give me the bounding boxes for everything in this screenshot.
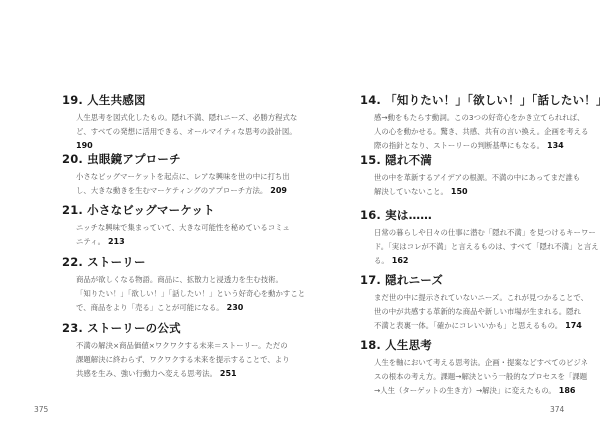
entry-title: 17. 隠れニーズ xyxy=(360,273,588,287)
entry-title: 21. 小さなビッグマーケット xyxy=(62,203,290,217)
entry-line: 小さなビッグマーケットを起点に、レアな興味を世の中に打ち出 xyxy=(76,170,290,184)
page-number: 374 xyxy=(550,405,564,414)
entry-line: 人の心を動かせる。驚き、共感、共有の言い換え。企画を考える xyxy=(374,125,600,139)
page-reference: 190 xyxy=(76,141,93,150)
page-reference: 134 xyxy=(547,141,564,150)
entry-line-with-ref: る。162 xyxy=(374,254,599,268)
glossary-entry-20: 20. 虫眼鏡アプローチ 小さなビッグマーケットを起点に、レアな興味を世の中に打… xyxy=(62,152,290,198)
entry-line: る。 xyxy=(374,256,389,265)
page-reference: 186 xyxy=(559,386,576,395)
entry-body: 小さなビッグマーケットを起点に、レアな興味を世の中に打ち出 し、大きな動きを生む… xyxy=(76,170,290,198)
page-reference: 213 xyxy=(108,237,125,246)
entry-line: 感→動をもたらす動詞。この3つの好奇心をかき立てられれば、 xyxy=(374,111,600,125)
page-reference: 230 xyxy=(227,303,244,312)
entry-line: 世の中が共感する革新的な商品や新しい市場が生まれる。隠れ xyxy=(374,305,588,319)
entry-ref-line: 190 xyxy=(76,139,297,153)
entry-line: →人生（ターゲットの生き方）→解決」に変えたもの。 xyxy=(374,386,556,395)
entry-line: 際の指針となり、ストーリーの判断基準にもなる。 xyxy=(374,141,544,150)
entry-line: 不満の解決×商品価値×ワクワクする未来＝ストーリー。ただの xyxy=(76,339,290,353)
glossary-entry-15: 15. 隠れ不満 世の中を革新するアイデアの根源。不満の中にあってまだ誰も 解決… xyxy=(360,153,580,199)
entry-body: まだ世の中に提示されていないニーズ。これが見つかることで、 世の中が共感する革新… xyxy=(374,291,588,333)
glossary-entry-22: 22. ストーリー 商品が欲しくなる物語。商品に、拡散力と浸透力を生む技術。 「… xyxy=(62,255,305,315)
entry-line: 商品が欲しくなる物語。商品に、拡散力と浸透力を生む技術。 xyxy=(76,273,305,287)
entry-line: 世の中を革新するアイデアの根源。不満の中にあってまだ誰も xyxy=(374,171,580,185)
page-reference: 251 xyxy=(220,369,237,378)
entry-line: ど、すべての発想に活用できる、オールマイティな思考の設計図。 xyxy=(76,125,297,139)
left-page: 19. 人生共感図 人生思考を図式化したもの。隠れ不満、隠れニーズ、必勝方程式な… xyxy=(0,0,300,435)
entry-line-with-ref: ニティ。213 xyxy=(76,235,290,249)
entry-line: スの根本の考え方。課題→解決という一般的なプロセスを「課題 xyxy=(374,370,588,384)
entry-body: ニッチな興味で集まっていて、大きな可能性を秘めているコミュ ニティ。213 xyxy=(76,221,290,249)
page-reference: 150 xyxy=(451,187,468,196)
entry-line-with-ref: し、大きな動きを生むマーケティングのアプローチ方法。209 xyxy=(76,184,290,198)
entry-title: 19. 人生共感図 xyxy=(62,93,297,107)
entry-line: 課題解決に終わらず、ワクワクする未来を提示することで、より xyxy=(76,353,290,367)
entry-line: 共感を生み、強い行動力へ変える思考法。 xyxy=(76,369,217,378)
glossary-entry-23: 23. ストーリーの公式 不満の解決×商品価値×ワクワクする未来＝ストーリー。た… xyxy=(62,321,290,381)
entry-line: ニッチな興味で集まっていて、大きな可能性を秘めているコミュ xyxy=(76,221,290,235)
page-reference: 174 xyxy=(565,321,582,330)
entry-line-with-ref: 解決していないこと。150 xyxy=(374,185,580,199)
entry-line: 日常の暮らしや日々の仕事に潜む「隠れ不満」を見つけるキーワー xyxy=(374,226,599,240)
entry-body: 感→動をもたらす動詞。この3つの好奇心をかき立てられれば、 人の心を動かせる。驚… xyxy=(374,111,600,153)
entry-line: ニティ。 xyxy=(76,237,105,246)
entry-body: 世の中を革新するアイデアの根源。不満の中にあってまだ誰も 解決していないこと。1… xyxy=(374,171,580,199)
glossary-entry-21: 21. 小さなビッグマーケット ニッチな興味で集まっていて、大きな可能性を秘めて… xyxy=(62,203,290,249)
entry-title: 18. 人生思考 xyxy=(360,338,588,352)
entry-body: 日常の暮らしや日々の仕事に潜む「隠れ不満」を見つけるキーワー ド。「実はコレが不… xyxy=(374,226,599,268)
entry-line: 不満と表裏一体。「確かにコレいいかも」と思えるもの。 xyxy=(374,321,562,330)
glossary-entry-16: 16. 実は…… 日常の暮らしや日々の仕事に潜む「隠れ不満」を見つけるキーワー … xyxy=(360,208,599,268)
page-reference: 162 xyxy=(392,256,409,265)
entry-line-with-ref: で、商品をより「売る」ことが可能になる。230 xyxy=(76,301,305,315)
entry-body: 人生思考を図式化したもの。隠れ不満、隠れニーズ、必勝方程式な ど、すべての発想に… xyxy=(76,111,297,153)
entry-line: し、大きな動きを生むマーケティングのアプローチ方法。 xyxy=(76,186,267,195)
entry-title: 15. 隠れ不満 xyxy=(360,153,580,167)
page-reference: 209 xyxy=(270,186,287,195)
entry-title: 23. ストーリーの公式 xyxy=(62,321,290,335)
glossary-entry-19: 19. 人生共感図 人生思考を図式化したもの。隠れ不満、隠れニーズ、必勝方程式な… xyxy=(62,93,297,153)
entry-title: 14. 「知りたい！」「欲しい！」「話したい！」 xyxy=(360,93,600,107)
entry-line-with-ref: 不満と表裏一体。「確かにコレいいかも」と思えるもの。174 xyxy=(374,319,588,333)
entry-title: 16. 実は…… xyxy=(360,208,599,222)
right-page: 14. 「知りたい！」「欲しい！」「話したい！」 感→動をもたらす動詞。この3つ… xyxy=(300,0,600,435)
page-number: 375 xyxy=(34,405,48,414)
entry-line: まだ世の中に提示されていないニーズ。これが見つかることで、 xyxy=(374,291,588,305)
glossary-entry-14: 14. 「知りたい！」「欲しい！」「話したい！」 感→動をもたらす動詞。この3つ… xyxy=(360,93,600,153)
entry-line: ド。「実はコレが不満」と言えるものは、すべて「隠れ不満」と言え xyxy=(374,240,599,254)
entry-body: 人生を軸において考える思考法。企画・提案などすべてのビジネ スの根本の考え方。課… xyxy=(374,356,588,398)
entry-title: 20. 虫眼鏡アプローチ xyxy=(62,152,290,166)
entry-body: 商品が欲しくなる物語。商品に、拡散力と浸透力を生む技術。 「知りたい！」「欲しい… xyxy=(76,273,305,315)
entry-line: 人生を軸において考える思考法。企画・提案などすべてのビジネ xyxy=(374,356,588,370)
glossary-entry-18: 18. 人生思考 人生を軸において考える思考法。企画・提案などすべてのビジネ ス… xyxy=(360,338,588,398)
entry-title: 22. ストーリー xyxy=(62,255,305,269)
entry-line-with-ref: 際の指針となり、ストーリーの判断基準にもなる。134 xyxy=(374,139,600,153)
glossary-entry-17: 17. 隠れニーズ まだ世の中に提示されていないニーズ。これが見つかることで、 … xyxy=(360,273,588,333)
entry-line: 人生思考を図式化したもの。隠れ不満、隠れニーズ、必勝方程式な xyxy=(76,111,297,125)
entry-line: で、商品をより「売る」ことが可能になる。 xyxy=(76,303,224,312)
entry-line-with-ref: →人生（ターゲットの生き方）→解決」に変えたもの。186 xyxy=(374,384,588,398)
entry-line: 「知りたい！」「欲しい！」「話したい！」という好奇心を動かすこと xyxy=(76,287,305,301)
entry-line-with-ref: 共感を生み、強い行動力へ変える思考法。251 xyxy=(76,367,290,381)
entry-line: 解決していないこと。 xyxy=(374,187,448,196)
entry-body: 不満の解決×商品価値×ワクワクする未来＝ストーリー。ただの 課題解決に終わらず、… xyxy=(76,339,290,381)
